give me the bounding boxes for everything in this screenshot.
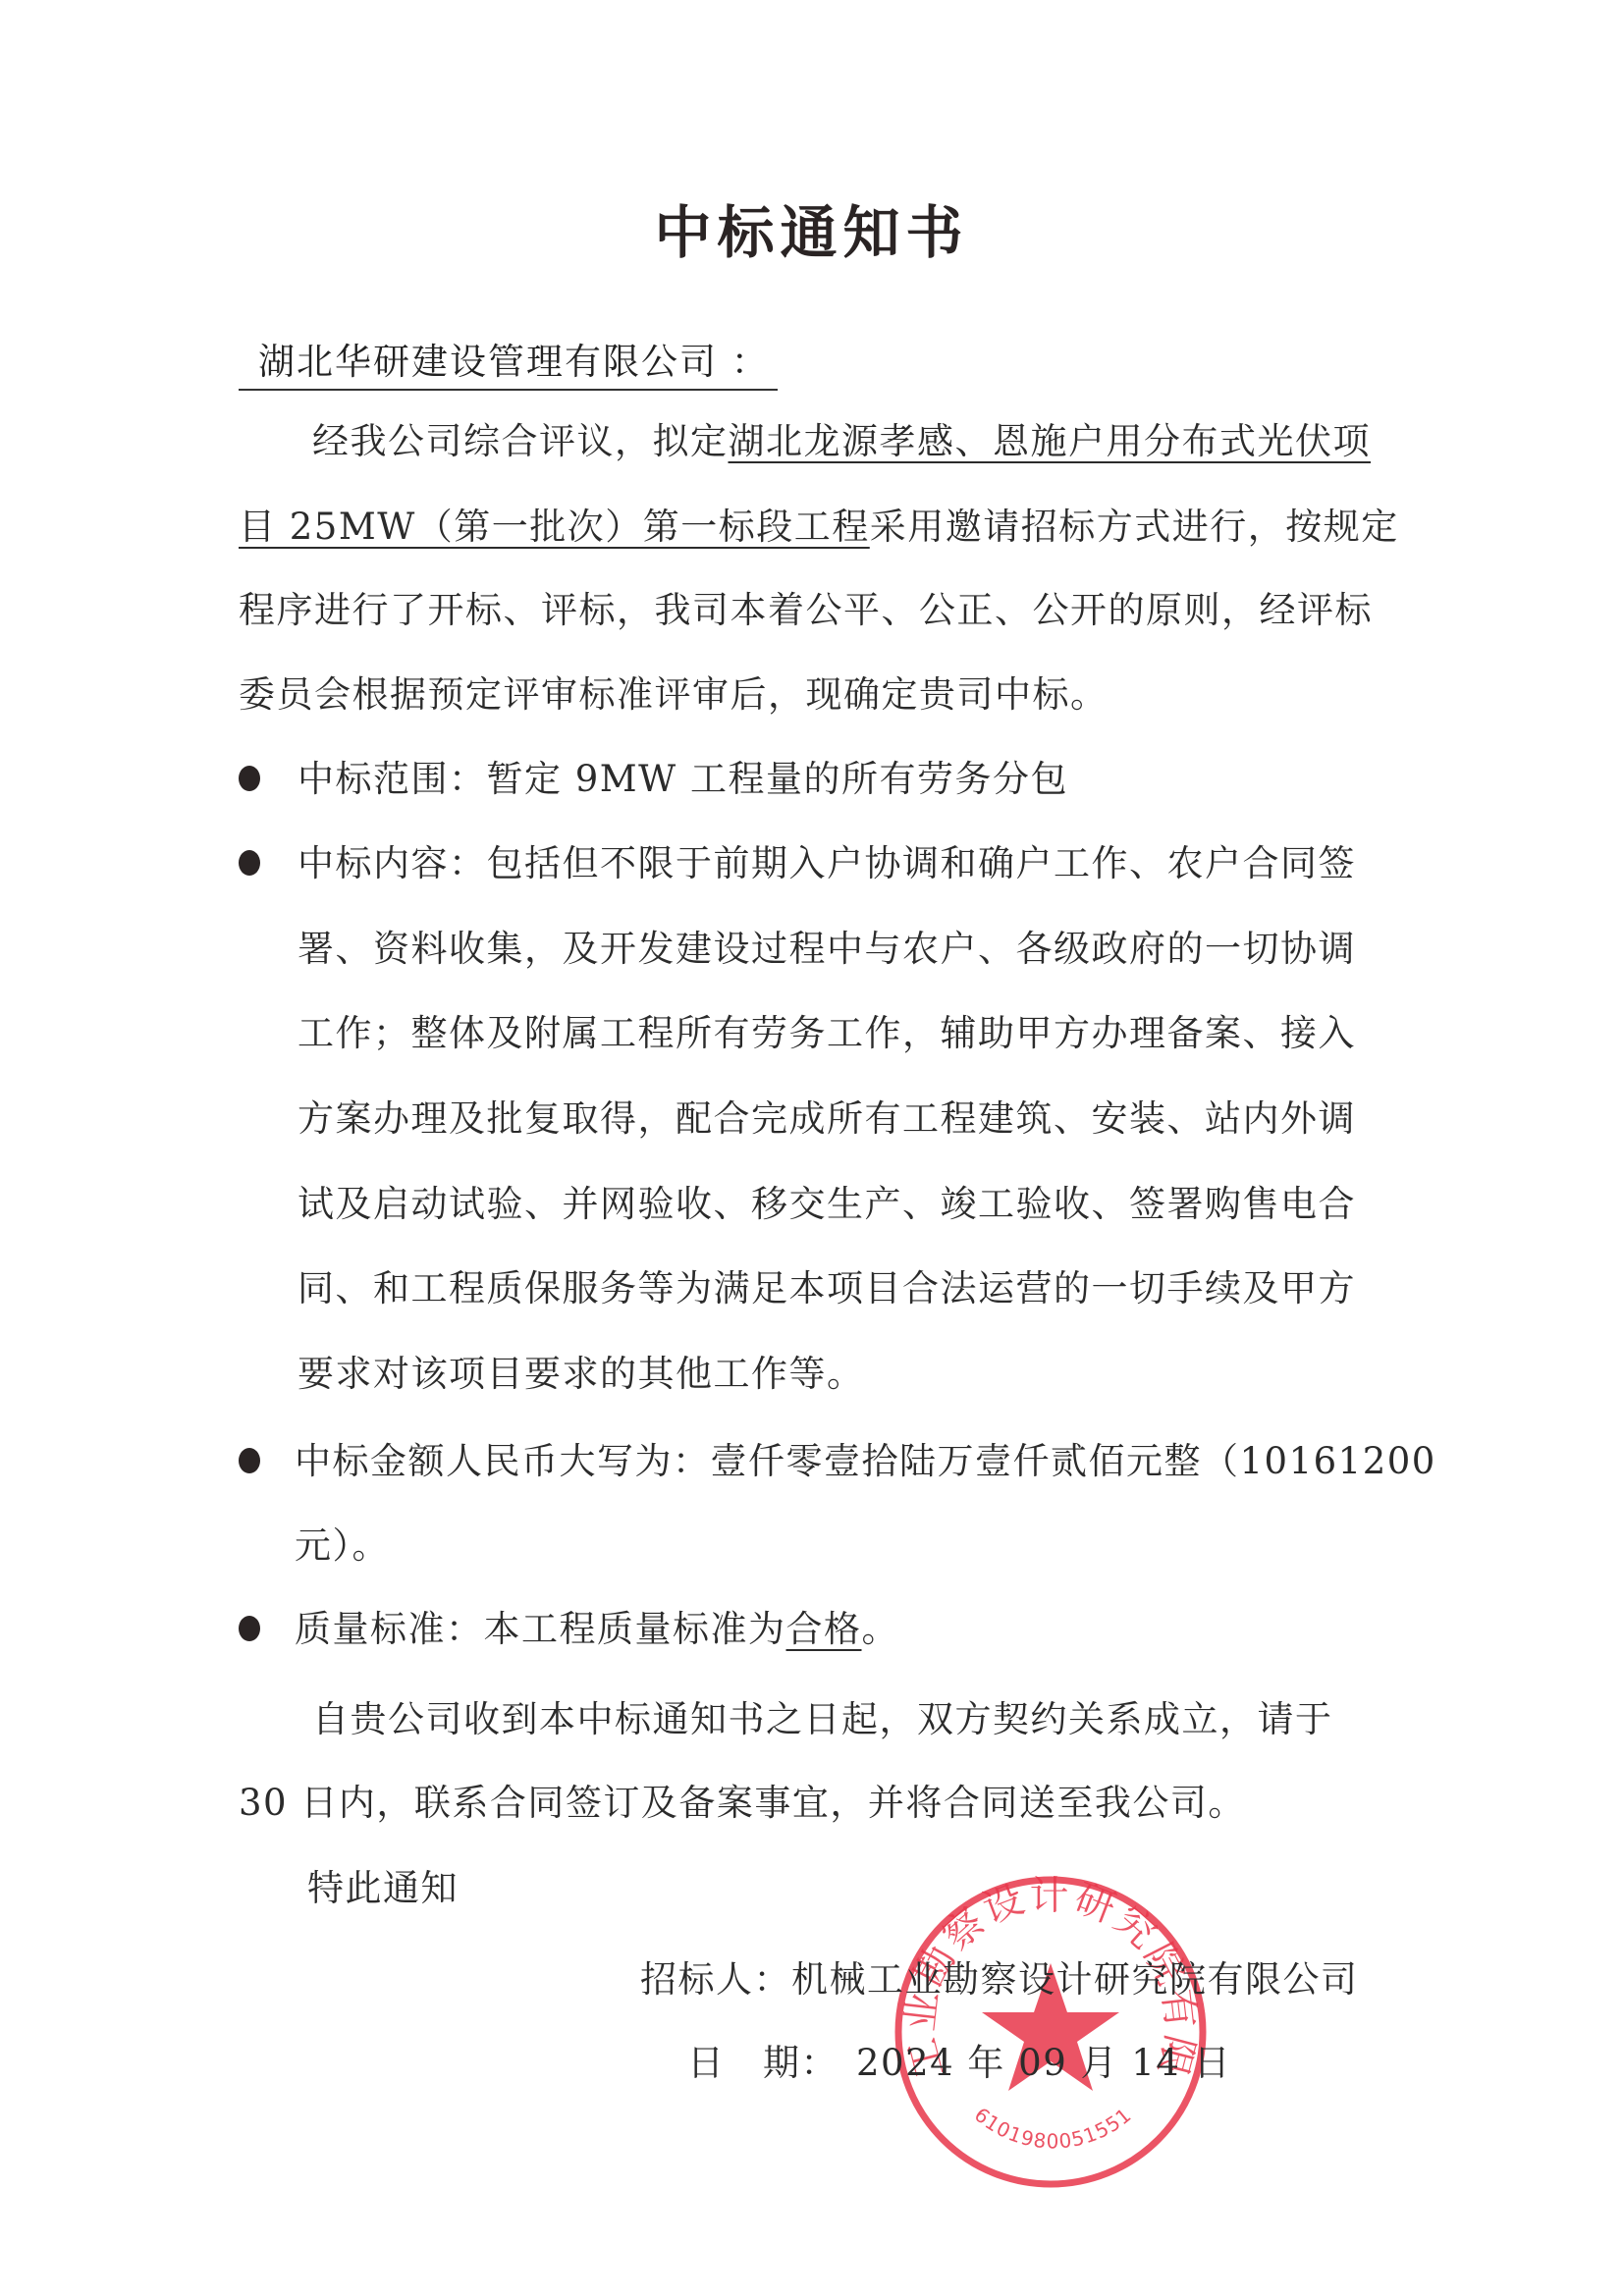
bid-content-line-2: 署、资料收集，及开发建设过程中与农户、各级政府的一切协调 xyxy=(298,928,1356,971)
bid-content-line-7: 要求对该项目要求的其他工作等。 xyxy=(298,1353,865,1396)
bid-content-line-6: 同、和工程质保服务等为满足本项目合法运营的一切手续及甲方 xyxy=(298,1267,1356,1310)
bid-content-line-1: 中标内容：包括但不限于前期入户协调和确户工作、农户合同签 xyxy=(298,842,1356,885)
company-seal-icon: 机械工业勘察设计研究院有限公司 6101980051551 xyxy=(889,1870,1213,2194)
intro-text: 采用邀请招标方式进行，按规定 xyxy=(870,506,1399,548)
project-name-cont: 目 25MW（第一批次）第一标段工程 xyxy=(239,506,870,548)
document-title: 中标通知书 xyxy=(0,187,1623,269)
closing-line-2: 30 日内，联系合同签订及备案事宜，并将合同送至我公司。 xyxy=(239,1782,1246,1825)
intro-line-3: 程序进行了开标、评标，我司本着公平、公正、公开的原则，经评标 xyxy=(239,589,1373,632)
issuer: 招标人：机械工业勘察设计研究院有限公司 xyxy=(640,1958,1359,2002)
intro-line-1: 经我公司综合评议，拟定湖北龙源孝感、恩施户用分布式光伏项 xyxy=(312,420,1371,463)
date-label: 日 期： xyxy=(687,2042,839,2085)
recipient: 湖北华研建设管理有限公司 ： xyxy=(239,332,778,391)
quality-standard: 质量标准：本工程质量标准为合格。 xyxy=(295,1608,899,1651)
bullet-icon xyxy=(239,766,260,791)
quality-punct: 。 xyxy=(862,1608,900,1650)
intro-line-4: 委员会根据预定评审标准评审后，现确定贵司中标。 xyxy=(239,673,1109,717)
intro-line-2: 目 25MW（第一批次）第一标段工程采用邀请招标方式进行，按规定 xyxy=(239,506,1399,549)
special-notice: 特此通知 xyxy=(307,1867,459,1910)
bid-content-line-5: 试及启动试验、并网验收、移交生产、竣工验收、签署购售电合 xyxy=(298,1183,1356,1226)
closing-line-1: 自贵公司收到本中标通知书之日起，双方契约关系成立，请于 xyxy=(312,1698,1333,1741)
bid-amount-line-1: 中标金额人民币大写为：壹仟零壹拾陆万壹仟贰佰元整（10161200 xyxy=(295,1440,1436,1483)
quality-text: 质量标准：本工程质量标准为 xyxy=(295,1608,786,1650)
quality-value: 合格 xyxy=(786,1608,862,1650)
bullet-icon xyxy=(239,850,260,876)
bid-content-line-4: 方案办理及批复取得，配合完成所有工程建筑、安装、站内外调 xyxy=(298,1097,1356,1141)
bullet-icon xyxy=(239,1616,260,1641)
project-name: 湖北龙源孝感、恩施户用分布式光伏项 xyxy=(729,420,1372,462)
intro-text: 经我公司综合评议，拟定 xyxy=(312,420,729,462)
date-value: 2024 年 09 月 14 日 xyxy=(856,2042,1231,2085)
bid-amount-line-2: 元）。 xyxy=(295,1524,390,1568)
bid-scope: 中标范围：暂定 9MW 工程量的所有劳务分包 xyxy=(298,758,1068,801)
bullet-icon xyxy=(239,1448,260,1473)
bid-content-line-3: 工作；整体及附属工程所有劳务工作，辅助甲方办理备案、接入 xyxy=(298,1012,1356,1055)
svg-text:6101980051551: 6101980051551 xyxy=(970,2103,1136,2153)
